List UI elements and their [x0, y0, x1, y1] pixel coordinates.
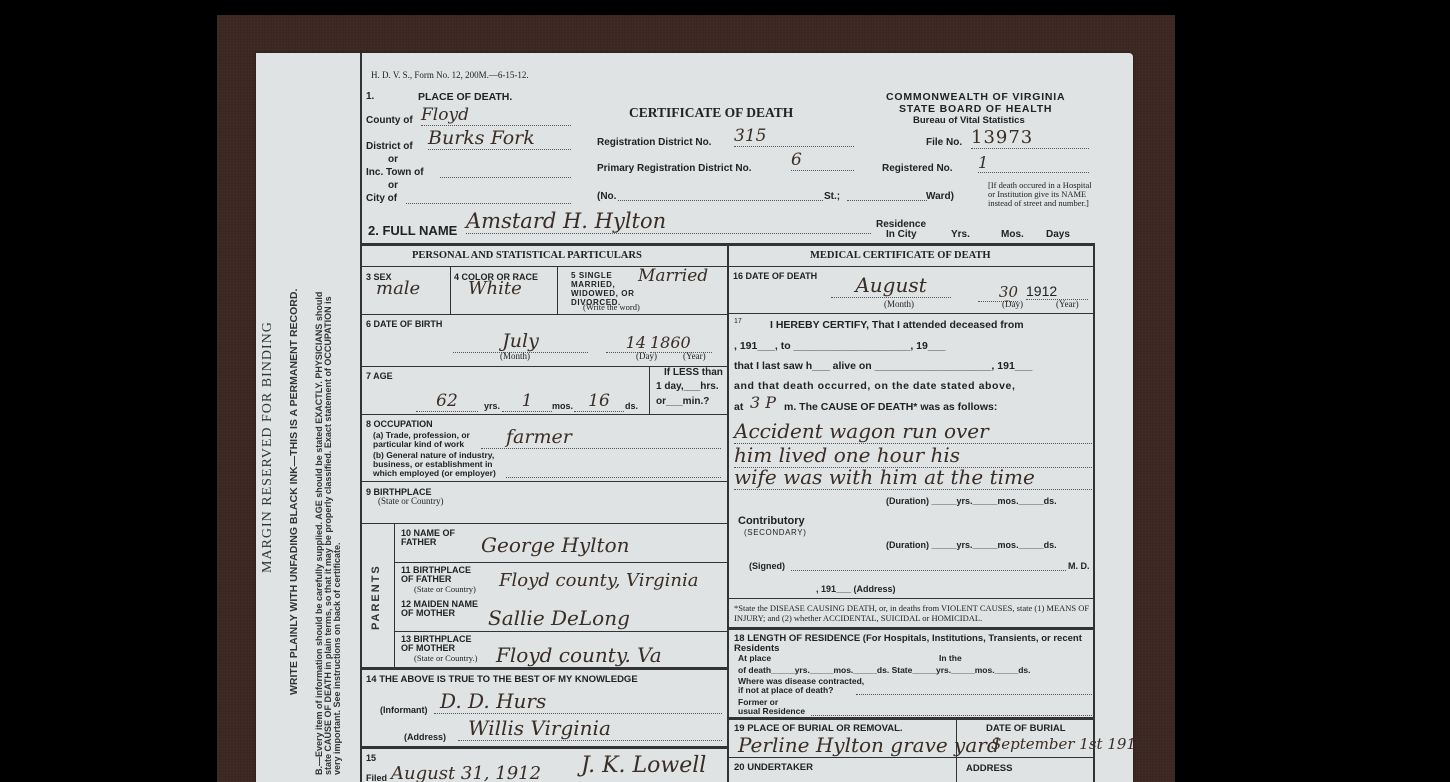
mos-label: Mos. [1001, 229, 1024, 240]
rule [729, 598, 1093, 599]
registered-no-label: Registered No. [882, 163, 953, 174]
duration-label: (Duration) _____yrs._____mos._____ds. [886, 496, 1057, 506]
town-field [440, 166, 571, 178]
in-the-label: In the [939, 653, 962, 663]
rule [362, 414, 727, 415]
agency-line-2: STATE BOARD OF HEALTH [899, 103, 1052, 115]
duration-label-2: (Duration) _____yrs._____mos._____ds. [886, 540, 1057, 550]
age-months-field: 1 [502, 391, 552, 412]
former-residence-label-2: usual Residence [738, 706, 805, 716]
contributory-label: Contributory [738, 515, 805, 527]
cert-address-label: , 191___ (Address) [816, 584, 896, 594]
ward-field [847, 190, 927, 201]
burial-place-field: Perline Hylton grave yard [738, 733, 1000, 757]
rule [729, 313, 1093, 314]
town-label: Inc. Town of [366, 167, 424, 178]
residence-heading: 18 LENGTH OF RESIDENCE (For Hospitals, I… [734, 634, 1096, 654]
rule [729, 717, 1093, 720]
cause-line-3: wife was with him at the time [734, 465, 1094, 490]
father-birthplace-label: 11 BIRTHPLACE OF FATHER [401, 566, 476, 584]
rule [450, 266, 451, 314]
hours-label: 1 day,___hrs. [656, 381, 719, 392]
mother-birthplace-sub: (State or Country.) [414, 653, 477, 663]
year-caption: (Year) [1056, 299, 1079, 309]
cert-number: 17 [734, 318, 742, 325]
margin-rule [360, 53, 362, 782]
dob-year-field: 1860 [650, 333, 712, 353]
rule [362, 314, 727, 315]
full-name-field: Amstard H. Hylton [466, 209, 871, 234]
dob-label: 6 DATE OF BIRTH [366, 319, 442, 329]
rule [362, 481, 727, 482]
contracted-field [856, 685, 1094, 695]
dod-month-field: August [831, 273, 951, 298]
filed-date-field: August 31, 1912 [391, 763, 541, 782]
or-label: or [388, 180, 398, 191]
md-label: M. D. [1068, 561, 1090, 571]
street-field [618, 190, 823, 201]
registered-no-field: 1 [978, 153, 1089, 173]
county-label: County of [366, 115, 413, 126]
mother-name-field: Sallie DeLong [488, 606, 630, 630]
signed-label: (Signed) [749, 561, 785, 571]
certify-line-4: and that death occurred, on the date sta… [734, 380, 1015, 392]
minutes-label: or___min.? [656, 396, 709, 407]
dob-day-field: 14 [606, 333, 646, 353]
secondary-label: (SECONDARY) [744, 528, 806, 537]
reg-district-label: Registration District No. [597, 137, 711, 148]
age-days-field: 16 [574, 391, 624, 412]
burial-date-field: September 1st 1912 [991, 735, 1146, 753]
street-label: (No. [597, 191, 616, 202]
primary-reg-field: 6 [791, 150, 854, 171]
undertaker-label: 20 UNDERTAKER [734, 762, 813, 773]
occupation-a-field: farmer [481, 426, 721, 449]
rule [1093, 243, 1095, 782]
less-than-label: If LESS than [664, 367, 723, 378]
ward-label: Ward) [926, 191, 954, 202]
form-number: H. D. V. S., Form No. 12, 200M.—6-15-12. [371, 70, 529, 80]
place-of-death-heading: PLACE OF DEATH. [418, 91, 512, 103]
informant-address-label: (Address) [404, 732, 446, 742]
rule [362, 746, 727, 749]
dod-year-field: 1912 [1026, 283, 1088, 300]
marital-field: Married [638, 266, 708, 286]
age-years-field: 62 [416, 391, 478, 412]
rule [729, 266, 1093, 267]
month-caption: (Month) [500, 351, 530, 361]
occupation-label: 8 OCCUPATION [366, 419, 433, 429]
yrs-label: Yrs. [951, 229, 970, 240]
signature-field [791, 560, 1066, 571]
margin-reserved-text: MARGIN RESERVED FOR BINDING [260, 321, 276, 573]
binding-margin: MARGIN RESERVED FOR BINDING WRITE PLAINL… [256, 53, 360, 782]
month-caption: (Month) [884, 299, 914, 309]
file-no-field: 13973 [971, 127, 1089, 149]
full-name-label: 2. FULL NAME [368, 223, 457, 238]
certify-line-2: , 191___, to ____________________, 19___ [734, 340, 945, 352]
hospital-note: [If death occured in a Hospital or Insti… [988, 181, 1093, 208]
agency-line-3: Bureau of Vital Statistics [913, 115, 1025, 126]
city-label: City of [366, 193, 397, 204]
reg-district-field: 315 [734, 126, 854, 147]
registrar-signature: J. K. Lowell [581, 753, 706, 778]
father-name-field: George Hylton [481, 533, 630, 557]
rule [362, 667, 727, 670]
informant-field: D. D. Hurs [434, 689, 722, 714]
rule [649, 366, 650, 414]
death-certificate: MARGIN RESERVED FOR BINDING WRITE PLAINL… [256, 53, 1133, 782]
rule [394, 523, 395, 668]
dob-month-field: July [453, 330, 588, 353]
parents-side-label: PARENTS [370, 564, 382, 630]
instructions-line-3: very important. See instructions on back… [332, 542, 342, 775]
rule [394, 631, 727, 632]
father-birthplace-field: Floyd county, Virginia [499, 570, 698, 591]
filed-number: 15 [366, 753, 376, 763]
residence-durations: of death_____yrs._____mos._____ds. State… [738, 665, 1031, 675]
write-plainly-text: WRITE PLAINLY WITH UNFADING BLACK INK—TH… [288, 289, 300, 695]
primary-reg-label: Primary Registration District No. [597, 163, 751, 174]
district-field: Burks Fork [428, 127, 571, 150]
former-residence-field [811, 706, 1094, 716]
days-label: Days [1046, 229, 1070, 240]
informant-address-field: Willis Virginia [458, 716, 722, 741]
time-of-death-field: 3 P [750, 393, 776, 412]
rule [557, 266, 558, 314]
race-field: White [468, 278, 522, 299]
time-prefix: at [734, 401, 743, 413]
rule [362, 523, 727, 524]
rule [729, 627, 1093, 630]
item-number: 1. [366, 91, 374, 102]
city-field [406, 192, 571, 204]
cause-footnote: *State the DISEASE CAUSING DEATH, or, in… [734, 603, 1096, 623]
agency-line-1: COMMONWEALTH OF VIRGINIA [886, 91, 1065, 103]
st-label: St.; [824, 191, 840, 202]
column-divider [727, 243, 729, 782]
ds-label: ds. [625, 401, 638, 411]
time-suffix: m. The CAUSE OF DEATH* was as follows: [784, 401, 997, 413]
age-label: 7 AGE [366, 371, 393, 381]
father-name-label: 10 NAME OF FATHER [401, 529, 471, 547]
yrs-label: yrs. [484, 401, 500, 411]
contracted-label-2: if not at place of death? [738, 685, 833, 695]
year-caption: (Year) [683, 351, 706, 361]
burial-date-label: DATE OF BURIAL [986, 723, 1066, 734]
or-label: or [388, 154, 398, 165]
filed-label: Filed [366, 773, 387, 782]
mother-birthplace-field: Floyd county. Va [496, 643, 662, 667]
dod-label: 16 DATE OF DEATH [733, 271, 817, 281]
file-no-label: File No. [926, 137, 962, 148]
occupation-a-label: (a) Trade, profession, or particular kin… [373, 431, 488, 449]
certify-line-1: I HEREBY CERTIFY, That I attended deceas… [770, 319, 1024, 331]
undertaker-address-label: ADDRESS [966, 763, 1012, 774]
informant-label: (Informant) [380, 705, 428, 715]
county-field: Floyd [421, 105, 571, 126]
certify-line-3: that I last saw h___ alive on __________… [734, 360, 1032, 372]
marital-note: (Write the word) [583, 302, 640, 312]
father-birthplace-sub: (State or Country) [414, 584, 476, 594]
medical-heading: MEDICAL CERTIFICATE OF DEATH [810, 250, 991, 261]
at-place-label: At place [738, 653, 771, 663]
day-caption: (Day) [1002, 299, 1023, 309]
mother-birthplace-label: 13 BIRTHPLACE OF MOTHER [401, 635, 481, 653]
mother-name-label: 12 MAIDEN NAME OF MOTHER [401, 600, 486, 618]
birthplace-sub: (State or Country) [378, 496, 444, 506]
mos-label: mos. [552, 401, 573, 411]
cause-line-1: Accident wagon run over [734, 419, 1094, 444]
occupation-b-field [506, 467, 721, 478]
rule [394, 562, 727, 563]
district-label: District of [366, 141, 413, 152]
rule [729, 757, 1093, 758]
sex-field: male [376, 278, 420, 299]
rule [956, 720, 957, 782]
certificate-title: CERTIFICATE OF DEATH [629, 105, 793, 121]
personal-heading: PERSONAL AND STATISTICAL PARTICULARS [412, 250, 642, 261]
informant-heading: 14 THE ABOVE IS TRUE TO THE BEST OF MY K… [366, 674, 638, 685]
occupation-b-label: (b) General nature of industry, business… [373, 451, 513, 478]
in-city-label: In City [886, 229, 917, 240]
